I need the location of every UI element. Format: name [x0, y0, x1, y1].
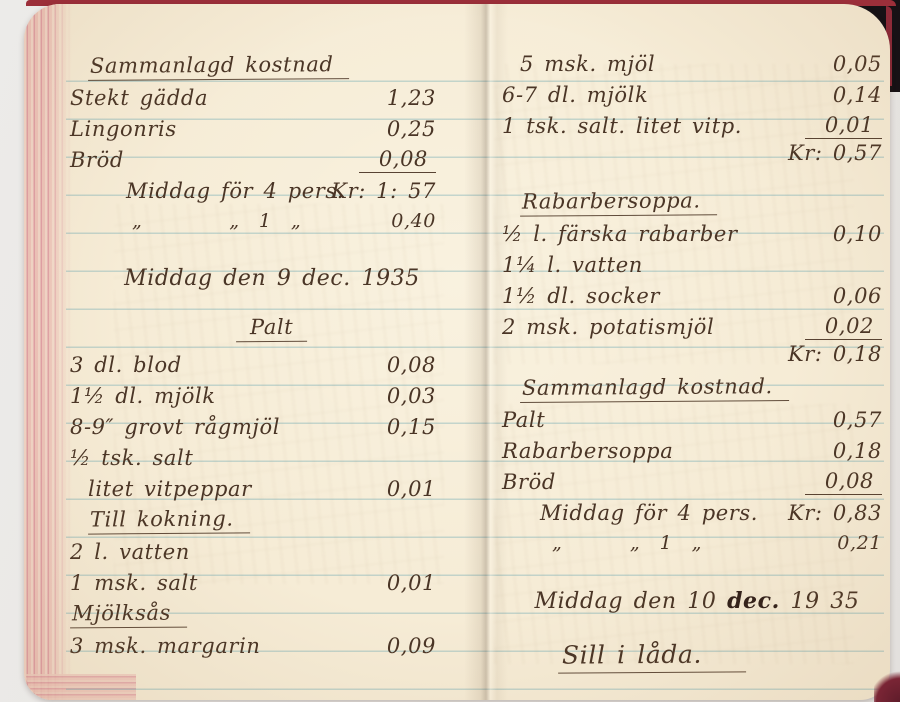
row-item: Bröd0,08	[502, 466, 892, 497]
row-ditto: „ „ 1 „0,40	[70, 206, 474, 236]
pink-page-edges-left	[24, 4, 76, 700]
entry-label: 1¼ l. vatten	[502, 253, 892, 277]
entry-value: Kr: 0,83	[788, 501, 882, 525]
entry-value: 0,14	[833, 83, 882, 107]
row-item: litet vitpeppar0,01	[70, 473, 474, 504]
entry-value: 0,57	[833, 408, 882, 432]
date-heading: Middag den 9 dec. 1935	[124, 266, 420, 291]
entry-value: 0,09	[387, 634, 436, 658]
row-item: 2 l. vatten	[70, 536, 474, 567]
total-value: Kr: 0,18	[788, 342, 882, 366]
entry-value: 0,15	[387, 415, 436, 439]
row-item: 1½ dl. socker0,06	[502, 280, 892, 311]
row-item: 5 msk. mjöl0,05	[502, 48, 892, 79]
entry-value: 0,10	[833, 222, 882, 246]
row-heading-lg: Sill i låda.	[502, 637, 892, 675]
spacer	[70, 300, 474, 315]
row-date2: Middag den 10 dec. 19 35	[502, 588, 892, 622]
entry-label: 2 msk. potatismjöl	[502, 315, 805, 339]
spacer	[502, 622, 892, 637]
date-text: 19 35	[780, 589, 860, 614]
entry-label: Bröd	[502, 470, 805, 494]
row-item: Rabarbersoppa0,18	[502, 435, 892, 466]
right-page-content: 5 msk. mjöl0,056-7 dl. mjölk0,141 tsk. s…	[502, 48, 892, 675]
row-item: 8-9″ grovt rågmjöl0,15	[70, 411, 474, 442]
entry-value: 1,23	[387, 86, 436, 110]
spacer	[70, 236, 474, 266]
entry-label: 1½ dl. socker	[502, 284, 833, 308]
row-item: 1½ dl. mjölk0,03	[70, 380, 474, 411]
entry-value: 0,03	[387, 384, 436, 408]
row-item: 3 msk. margarin0,09	[70, 630, 474, 661]
row-item: 1 msk. salt0,01	[70, 567, 474, 598]
entry-value: 0,01	[387, 477, 436, 501]
row-item: Stekt gädda1,23	[70, 82, 474, 113]
spacer	[502, 171, 892, 186]
left-page-content: Sammanlagd kostnadStekt gädda1,23Lingonr…	[70, 50, 474, 661]
row-ditto: „ „ 1 „0,21	[502, 528, 892, 558]
entry-label: 3 msk. margarin	[70, 634, 387, 658]
spacer	[502, 558, 892, 588]
entry-label: Bröd	[70, 148, 359, 172]
row-item: Lingonris0,25	[70, 113, 474, 144]
section-heading: Sammanlagd kostnad	[88, 52, 350, 81]
entry-label: 5 msk. mjöl	[520, 52, 833, 76]
entry-value: 0,18	[833, 439, 882, 463]
row-item: 1¼ l. vatten	[502, 249, 892, 280]
date-text: Middag den 10	[535, 589, 728, 614]
pink-page-edges-bottom	[26, 674, 136, 700]
entry-label: Lingonris	[70, 117, 387, 141]
entry-label: litet vitpeppar	[88, 477, 387, 501]
row-item: 2 msk. potatismjöl0,02	[502, 311, 892, 342]
entry-label: 3 dl. blod	[70, 353, 387, 377]
row-item: 1 tsk. salt. litet vitp.0,01	[502, 110, 892, 141]
entry-label: Palt	[502, 408, 833, 432]
entry-value: 0,08	[359, 147, 436, 173]
row-date: Middag den 9 dec. 1935	[70, 266, 474, 300]
entry-value: 0,08	[387, 353, 436, 377]
entry-label: 6-7 dl. mjölk	[502, 83, 833, 107]
entry-label: 1½ dl. mjölk	[70, 384, 387, 408]
row-heading: Rabarbersoppa.	[502, 186, 892, 218]
entry-label: 2 l. vatten	[70, 540, 474, 564]
entry-label: ½ tsk. salt	[70, 446, 474, 470]
entry-label: Middag för 4 pers.	[126, 179, 331, 203]
row-heading: Sammanlagd kostnad.	[502, 372, 892, 404]
ditto-marks: „ „ 1 „	[552, 532, 837, 554]
ditto-marks: „ „ 1 „	[132, 210, 391, 232]
total-value: Kr: 0,57	[788, 141, 882, 165]
row-item: ½ tsk. salt	[70, 442, 474, 473]
entry-value: 0,06	[833, 284, 882, 308]
row-item: Middag för 4 pers.Kr: 0,83	[502, 497, 892, 528]
entry-value: Kr: 1: 57	[331, 179, 436, 203]
row-item: ½ l. färska rabarber0,10	[502, 218, 892, 249]
row-item: Palt0,57	[502, 404, 892, 435]
entry-label: Rabarbersoppa	[502, 439, 833, 463]
entry-value: 0,08	[805, 469, 882, 495]
row-item: 6-7 dl. mjölk0,14	[502, 79, 892, 110]
row-total: Kr: 0,57	[502, 141, 892, 171]
row-total: Kr: 0,18	[502, 342, 892, 372]
section-heading: Sammanlagd kostnad.	[520, 374, 789, 403]
section-heading: Rabarbersoppa.	[520, 188, 717, 216]
entry-label: ½ l. färska rabarber	[502, 222, 833, 246]
row-center-heading: Palt	[70, 315, 474, 349]
row-heading: Mjölksås	[70, 598, 474, 630]
row-item: Bröd0,08	[70, 144, 474, 175]
entry-label: Middag för 4 pers.	[540, 501, 788, 525]
entry-label: 1 tsk. salt. litet vitp.	[502, 114, 805, 138]
row-item: Middag för 4 pers.Kr: 1: 57	[70, 175, 474, 206]
entry-value: 0,05	[833, 52, 882, 76]
date-overwritten-word: dec.	[727, 588, 780, 614]
entry-value: 0,25	[387, 117, 436, 141]
row-item: 3 dl. blod0,08	[70, 349, 474, 380]
section-heading: Mjölksås	[70, 600, 187, 628]
section-heading: Sill i låda.	[558, 639, 746, 673]
entry-label: 8-9″ grovt rågmjöl	[70, 415, 387, 439]
entry-value: 0,01	[387, 571, 436, 595]
notebook-photo: Sammanlagd kostnadStekt gädda1,23Lingonr…	[0, 0, 900, 702]
entry-value: 0,01	[805, 113, 882, 139]
entry-label: Stekt gädda	[70, 86, 387, 110]
section-heading: Palt	[236, 315, 307, 342]
entry-value: 0,02	[805, 314, 882, 340]
entry-value: 0,21	[837, 532, 882, 554]
entry-value: 0,40	[391, 210, 436, 232]
row-heading: Till kokning.	[70, 504, 474, 536]
section-heading: Till kokning.	[88, 506, 250, 534]
entry-label: 1 msk. salt	[70, 571, 387, 595]
row-heading: Sammanlagd kostnad	[70, 50, 474, 82]
cover-corner-bottom-right	[874, 668, 900, 702]
open-notebook-spread: Sammanlagd kostnadStekt gädda1,23Lingonr…	[24, 4, 890, 700]
